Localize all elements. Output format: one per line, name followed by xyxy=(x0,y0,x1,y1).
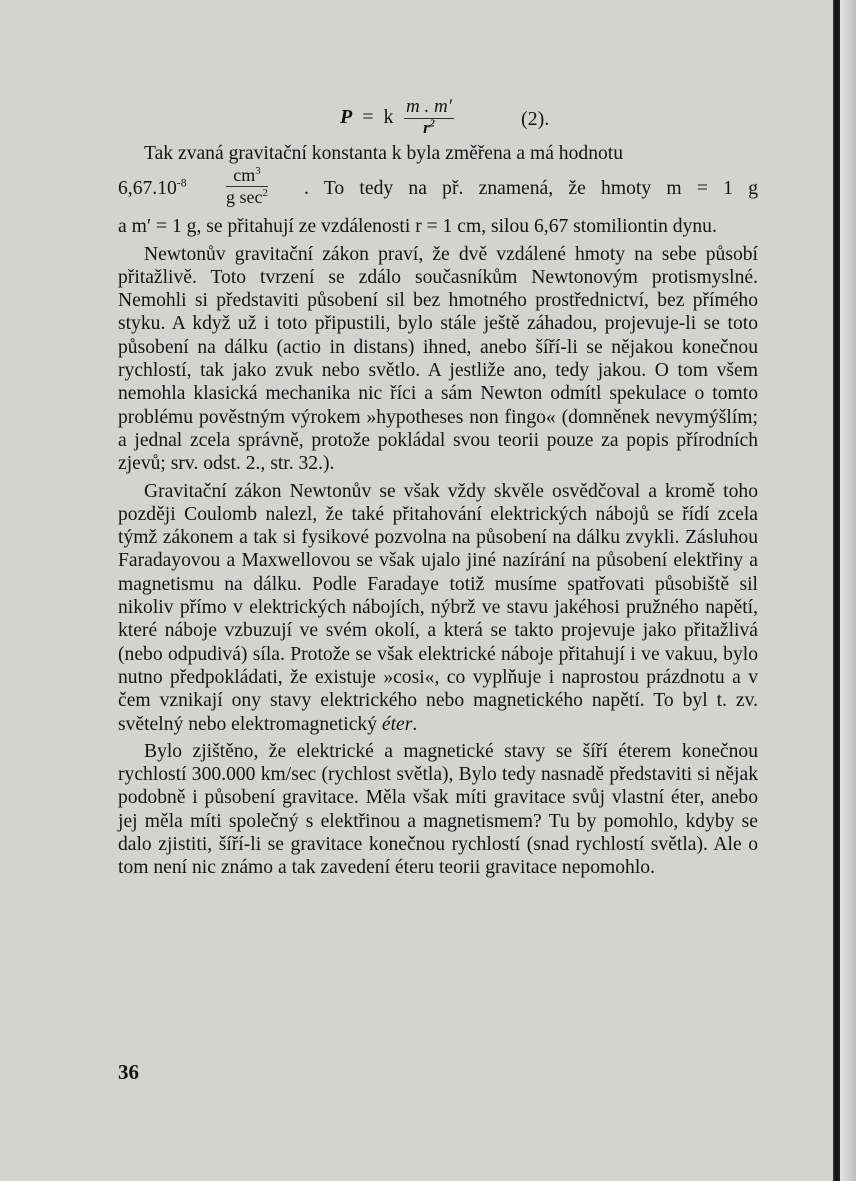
unit-denominator: g sec2 xyxy=(226,187,268,207)
constant-exponent: -8 xyxy=(177,177,187,190)
constant-unit-fraction: cm3 g sec2 xyxy=(226,165,268,207)
equation-fraction: m . m′ r2 xyxy=(404,96,454,137)
paragraph-3-text: Gravitační zákon Newtonův se však vždy s… xyxy=(118,481,758,735)
paragraph-3-italic-term: éter xyxy=(382,714,412,735)
unit-denominator-base: g sec xyxy=(226,187,262,207)
paragraph-3-end: . xyxy=(412,714,417,735)
constant-value: 6,67.10-8 xyxy=(118,177,187,200)
equation-force-symbol: P xyxy=(340,106,352,128)
paragraph-1-rest: a m′ = 1 g, se přitahují ze vzdálenosti … xyxy=(118,215,758,238)
paragraph-1-line-1: Tak zvaná gravitační konstanta k byla zm… xyxy=(118,142,758,165)
paragraph-1-line-2-rest: . To tedy na př. znamená, že hmoty m = 1… xyxy=(304,177,758,200)
equation-equals: = xyxy=(362,106,373,128)
denominator-exponent: 2 xyxy=(430,118,435,129)
unit-numerator-exponent: 3 xyxy=(255,165,260,177)
gravitation-equation: P=k m . m′ r2 (2). xyxy=(118,96,758,142)
constant-mantissa: 6,67.10 xyxy=(118,178,177,199)
denominator-base: r xyxy=(423,118,430,137)
paragraph-4: Bylo zjištěno, že elektrické a magnetick… xyxy=(118,740,758,880)
unit-numerator-base: cm xyxy=(233,165,255,185)
equation-label: (2). xyxy=(521,108,549,131)
facing-page-edge xyxy=(840,0,856,1181)
equation-denominator: r2 xyxy=(404,119,454,137)
book-page: P=k m . m′ r2 (2). Tak zvaná gravitační … xyxy=(0,0,833,1181)
unit-denominator-exponent: 2 xyxy=(262,187,267,199)
book-spine-shadow xyxy=(833,0,840,1181)
unit-numerator: cm3 xyxy=(226,165,268,187)
equation-numerator: m . m′ xyxy=(404,96,454,119)
paragraph-3: Gravitační zákon Newtonův se však vždy s… xyxy=(118,480,758,736)
paragraph-2: Newtonův gravitační zákon praví, že dvě … xyxy=(118,243,758,476)
equation-constant: k xyxy=(384,106,394,128)
page-text: P=k m . m′ r2 (2). Tak zvaná gravitační … xyxy=(118,96,758,880)
constant-value-line: 6,67.10-8 cm3 g sec2 . To tedy na př. zn… xyxy=(118,165,758,215)
page-number: 36 xyxy=(118,1060,139,1085)
equation-lhs: P=k xyxy=(340,106,394,129)
